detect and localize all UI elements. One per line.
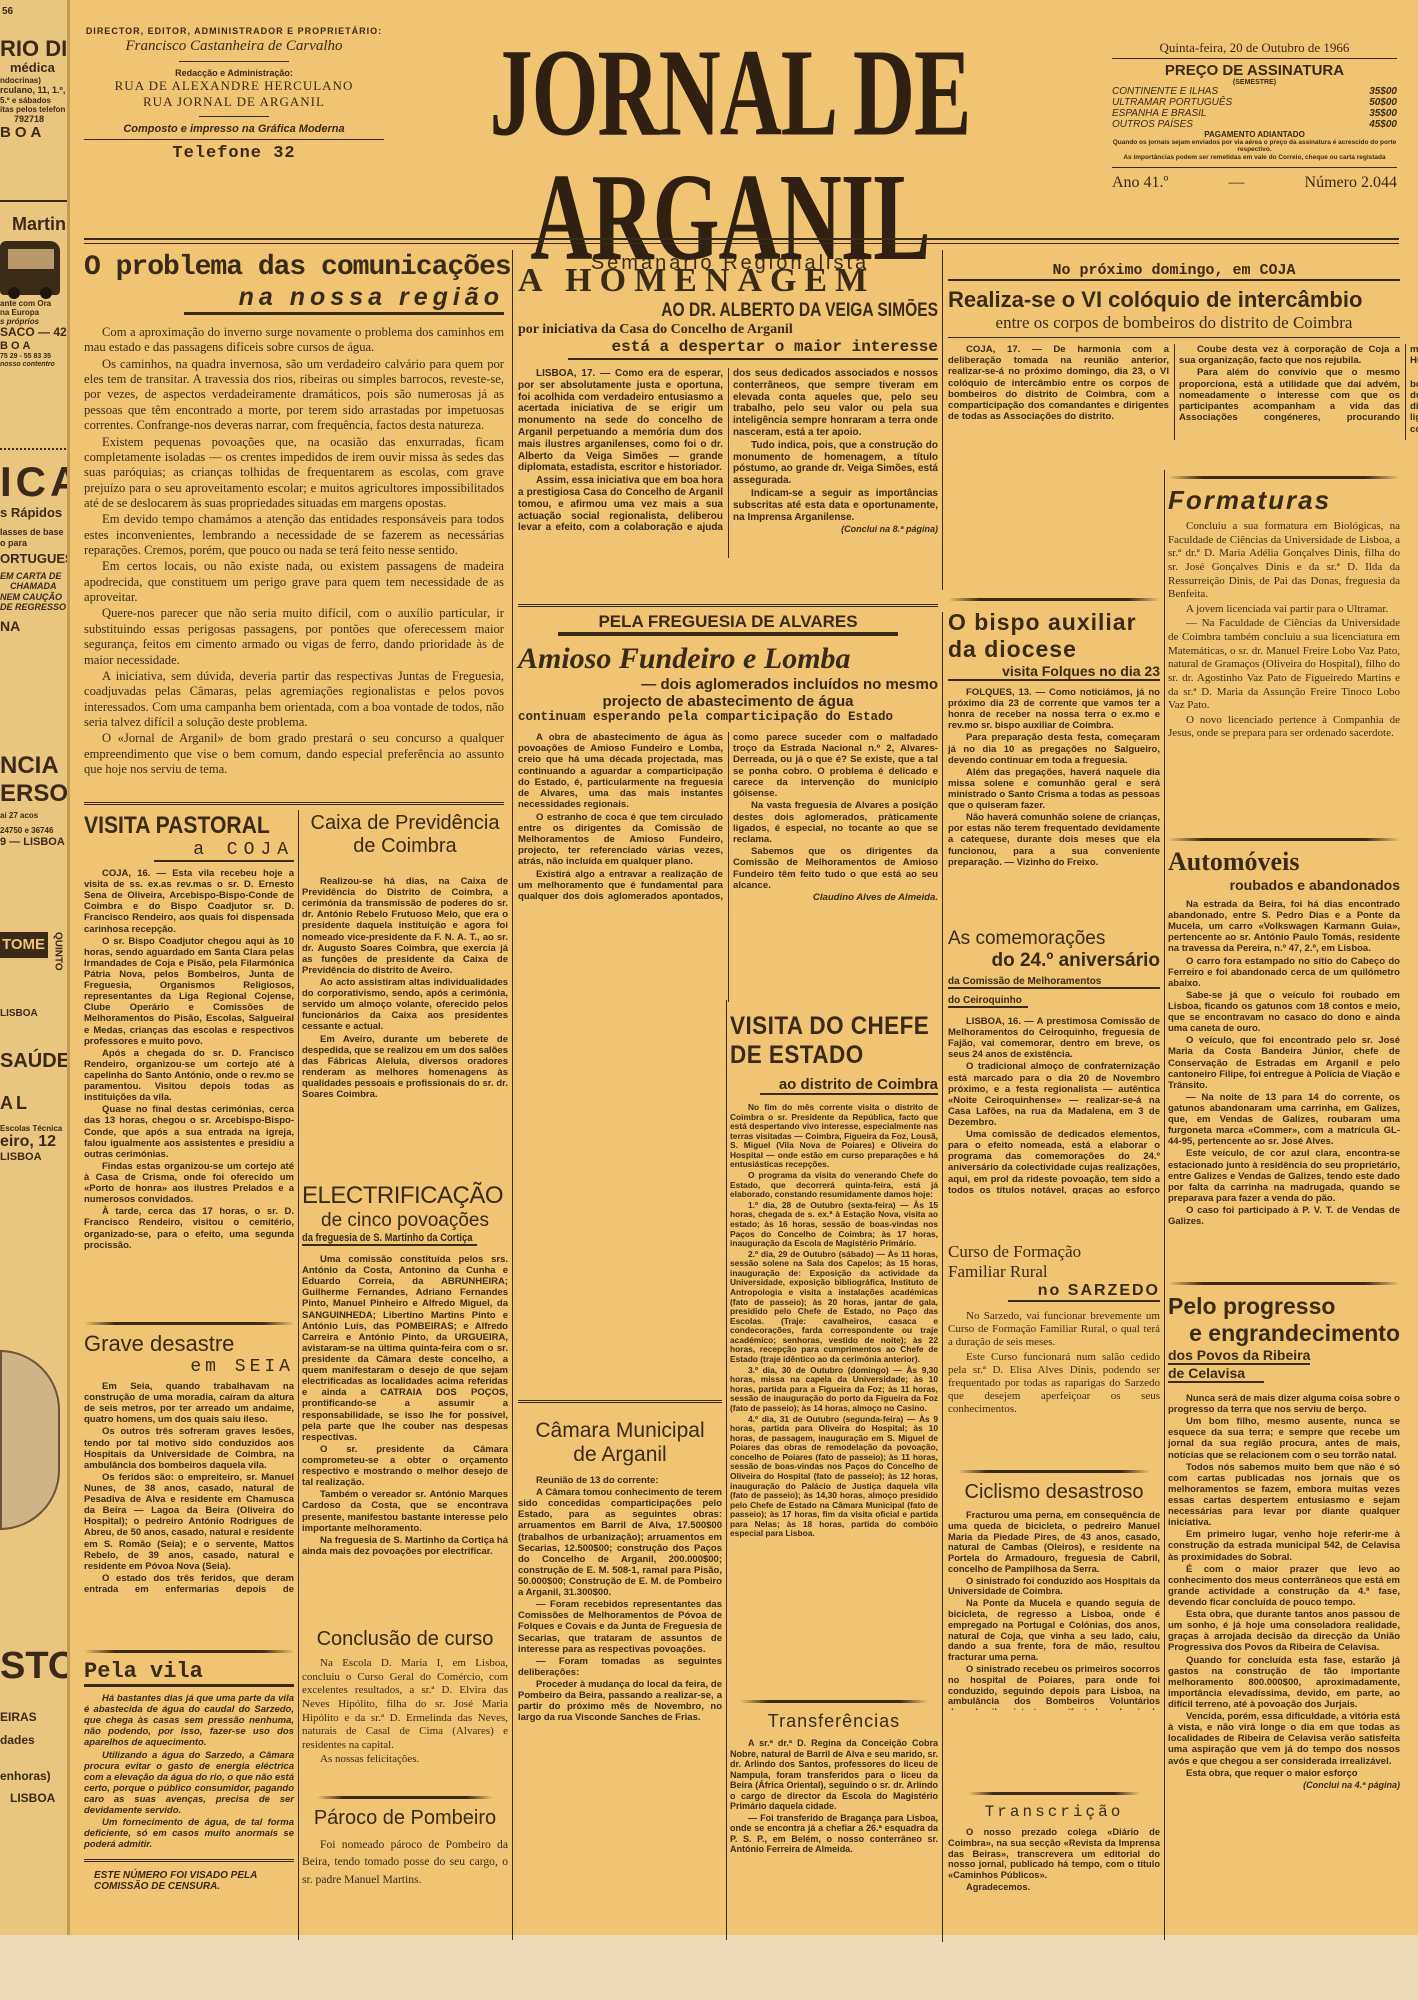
- article-automoveis: Automóveis roubados e abandonados Na est…: [1168, 838, 1400, 1228]
- article-body: Concluiu a sua formatura em Biológicas, …: [1168, 520, 1400, 741]
- phone: Telefone 32: [84, 144, 384, 163]
- address-label: Redacção e Administração:: [84, 68, 384, 78]
- headline: As comemorações: [948, 928, 1160, 950]
- page-background-bottom: [0, 1935, 1418, 2000]
- year: Ano 41.º: [1112, 174, 1169, 192]
- article-transcricao: Transcrição O nosso prezado colega «Diár…: [948, 1792, 1160, 1894]
- headline: Pároco de Pombeiro: [302, 1807, 508, 1830]
- article-body: No Sarzedo, vai funcionar brevemente um …: [948, 1310, 1160, 1417]
- article-body: Na estrada da Beira, foi há dias encontr…: [1168, 899, 1400, 1227]
- address-line-2: RUA JORNAL DE ARGANIL: [84, 94, 384, 110]
- price-row: CONTINENTE E ILHAS35$00: [1112, 86, 1397, 97]
- article-body: A obra de abastecimento de água às povoa…: [518, 732, 938, 1002]
- article-progresso: Pelo progresso e engrandecimento dos Pov…: [1168, 1282, 1400, 1790]
- article-body: Em Seia, quando trabalhavam na construçã…: [84, 1381, 294, 1593]
- headline: Realiza-se o VI colóquio de intercâmbio: [948, 287, 1400, 313]
- article-transferencias: Transferências A sr.ª dr.ª D. Regina da …: [730, 1700, 938, 1856]
- headline: VISITA PASTORAL: [84, 812, 269, 840]
- article-conclusao: Conclusão de curso Na Escola D. Maria I,…: [302, 1628, 508, 1768]
- newspaper-title: JORNAL DE ARGANIL: [385, 30, 1075, 279]
- article-comemoracoes: As comemorações do 24.º aniversário da C…: [948, 928, 1160, 1194]
- headline: O problema das comunicações: [84, 252, 504, 283]
- issue-date: Quinta-feira, 20 de Outubro de 1966: [1112, 40, 1397, 59]
- headline: Conclusão de curso: [302, 1628, 508, 1651]
- article-homenagem: A HOMENAGEM AO DR. ALBERTO DA VEIGA SIMÕ…: [518, 262, 938, 558]
- article-body: COJA, 16. — Esta vila recebeu hoje a vis…: [84, 868, 294, 1298]
- price-title: PREÇO DE ASSINATURA: [1112, 62, 1397, 79]
- headline: Transferências: [730, 1711, 938, 1732]
- article-curso-sarzedo: Curso de Formação Familiar Rural no SARZ…: [948, 1242, 1160, 1418]
- article-coloquio: No próximo domingo, em COJA Realiza-se o…: [948, 262, 1400, 440]
- article-ciclismo: Ciclismo desastroso Fracturou uma perna,…: [948, 1470, 1160, 1710]
- article-visita-pastoral: VISITA PASTORAL a COJA COJA, 16. — Esta …: [84, 812, 294, 1298]
- kicker: PELA FREGUESIA DE ALVARES: [558, 612, 898, 636]
- headline: A HOMENAGEM: [518, 262, 938, 300]
- kicker: No próximo domingo, em COJA: [948, 262, 1400, 281]
- article-body: LISBOA, 17. — Como era de esperar, por s…: [518, 368, 938, 558]
- headline: Amioso Fundeiro e Lomba: [518, 642, 938, 676]
- article-chefe-estado: VISITA DO CHEFE DE ESTADO ao distrito de…: [730, 1012, 938, 1683]
- address-line-1: RUA DE ALEXANDRE HERCULANO: [84, 78, 384, 94]
- headline: Pelo progresso: [1168, 1293, 1400, 1320]
- article-body: LISBOA, 16. — A prestimosa Comissão de M…: [948, 1016, 1160, 1194]
- article-body: No fim do mês corrente visita o distrito…: [730, 1103, 938, 1683]
- article-electrificacao: ELECTRIFICAÇÃO de cinco povoações da fre…: [302, 1182, 508, 1558]
- left-page-number: 56: [2, 6, 13, 18]
- article-grave-desastre: Grave desastre em SEIA Em Seia, quando t…: [84, 1322, 294, 1593]
- article-body: Realizou-se há dias, na Caixa de Previdê…: [302, 876, 508, 1176]
- censorship-notice: ESTE NÚMERO FOI VISADO PELA COMISSÃO DE …: [84, 1870, 294, 1892]
- headline: Pela vila: [84, 1659, 294, 1687]
- byline: Claudino Alves de Almeida.: [733, 892, 938, 903]
- article-body: Foi nomeado pároco de Pombeiro da Beira,…: [302, 1836, 508, 1888]
- subheadline: na nossa região: [184, 283, 504, 315]
- ad-clinica: RIO DIAS médica ndocrinas) rculano, 11, …: [0, 36, 70, 142]
- masthead-left-info: DIRECTOR, EDITOR, ADMINISTRADOR E PROPRI…: [84, 26, 384, 163]
- headline: Ciclismo desastroso: [948, 1481, 1160, 1504]
- ad-saude: SAÚDE AL Escolas Técnica eiro, 12 LISBOA: [0, 1050, 70, 1164]
- headline: VISITA DO CHEFE: [730, 1012, 917, 1041]
- headline: Câmara Municipal: [518, 1419, 722, 1443]
- article-camara: Câmara Municipal de Arganil Reunião de 1…: [518, 1400, 722, 1905]
- issue-info: Ano 41.º — Número 2.044: [1112, 174, 1397, 192]
- director-name: Francisco Castanheira de Carvalho: [84, 38, 384, 55]
- article-body: COJA, 17. — De harmonia com a deliberaçã…: [948, 344, 1400, 440]
- headline: Formaturas: [1168, 485, 1400, 516]
- article-pela-vila: Pela vila Há bastantes dias já que uma p…: [84, 1650, 294, 1892]
- article-bispo: O bispo auxiliar da diocese visita Folqu…: [948, 598, 1160, 869]
- article-body: Uma comissão constituída pelos srs. Antó…: [302, 1254, 508, 1557]
- article-body: Nunca será de mais dizer alguma coisa so…: [1168, 1393, 1400, 1790]
- issue-number: Número 2.044: [1305, 174, 1397, 192]
- bus-image: [0, 241, 60, 295]
- ad-tome: TOME QUINTO LISBOA: [0, 932, 70, 1020]
- article-body: Com a aproximação do inverno surge novam…: [84, 325, 504, 777]
- ad-agencia: NCIA ERSO ai 27 acos 24750 e 36746 9 — L…: [0, 752, 70, 848]
- article-formaturas: Formaturas Concluiu a sua formatura em B…: [1168, 476, 1400, 742]
- price-row: ESPANHA E BRASIL35$00: [1112, 108, 1397, 119]
- headline: O bispo auxiliar: [948, 609, 1160, 636]
- headline: Caixa de Previdência: [302, 812, 508, 835]
- price-row: OUTROS PAÍSES45$00: [1112, 119, 1397, 130]
- article-body: O nosso prezado colega «Diário de Coimbr…: [948, 1827, 1160, 1893]
- adjacent-page-strip: 56 RIO DIAS médica ndocrinas) rculano, 1…: [0, 0, 70, 1935]
- headline: Grave desastre: [84, 1331, 294, 1357]
- article-caixa: Caixa de Previdência de Coimbra Realizou…: [302, 812, 508, 1176]
- ad-bottom: STO EIRAS dades enhoras) LISBOA: [0, 1645, 70, 1806]
- ad-photo: [0, 1350, 60, 1530]
- article-comunicacoes: O problema das comunicações na nossa reg…: [84, 252, 504, 778]
- article-body: Reunião de 13 do corrente: A Câmara tomo…: [518, 1475, 722, 1905]
- price-row: ULTRAMAR PORTUGUÊS50$00: [1112, 97, 1397, 108]
- article-paroco: Pároco de Pombeiro Foi nomeado pároco de…: [302, 1796, 508, 1889]
- article-body: Há bastantes dias já que uma parte da vi…: [84, 1693, 294, 1851]
- article-body: A sr.ª dr.ª D. Regina da Conceição Cobra…: [730, 1738, 938, 1855]
- headline: Transcrição: [948, 1803, 1160, 1821]
- article-alvares: PELA FREGUESIA DE ALVARES Amioso Fundeir…: [518, 612, 938, 1002]
- headline: Automóveis: [1168, 847, 1400, 877]
- staff-title: DIRECTOR, EDITOR, ADMINISTRADOR E PROPRI…: [84, 26, 384, 36]
- ad-martins: Martins ante com Ora na Europa s próprio…: [0, 214, 70, 369]
- headline: Curso de Formação: [948, 1242, 1160, 1262]
- price-list: CONTINENTE E ILHAS35$00 ULTRAMAR PORTUGU…: [1112, 86, 1397, 130]
- headline: ELECTRIFICAÇÃO: [302, 1182, 508, 1210]
- masthead-right-info: Quinta-feira, 20 de Outubro de 1966 PREÇ…: [1112, 40, 1397, 192]
- ad-viagens: ICA s Rápidos lasses de base o para ORTU…: [0, 458, 70, 634]
- printer: Composto e impresso na Gráfica Moderna: [84, 123, 384, 135]
- article-body: Fracturou uma perna, em consequência de …: [948, 1510, 1160, 1710]
- article-body: Na Escola D. Maria I, em Lisboa, conclui…: [302, 1657, 508, 1767]
- article-body: FOLQUES, 13. — Como noticiámos, já no pr…: [948, 687, 1160, 868]
